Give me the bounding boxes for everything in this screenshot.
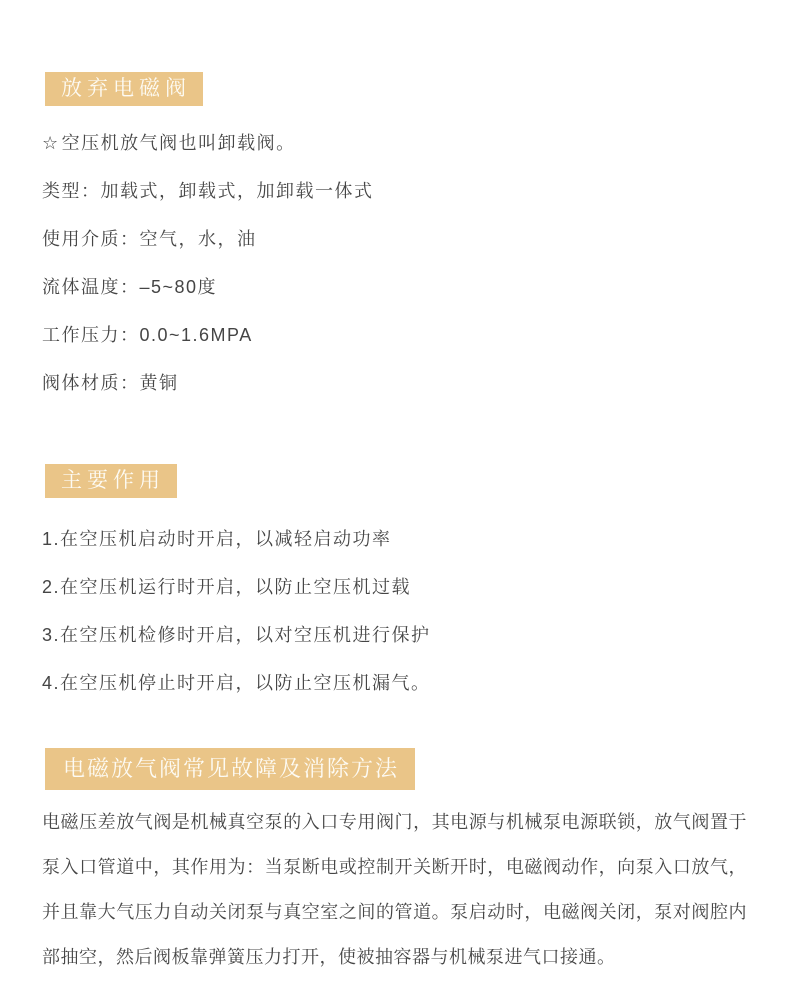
spec-line-working-pressure: 工作压力：0.0~1.6MPA xyxy=(42,325,747,346)
intro-text: 空压机放气阀也叫卸载阀。 xyxy=(62,133,296,153)
spec-line-medium: 使用介质：空气，水，油 xyxy=(42,229,747,250)
section-title-badge-common-faults: 电磁放气阀常见故障及消除方法 xyxy=(45,748,415,790)
spec-line-valve-body-material: 阀体材质：黄铜 xyxy=(42,373,747,394)
article-page: 放弃电磁阀 ☆空压机放气阀也叫卸载阀。 类型：加载式，卸载式，加卸载一体式 使用… xyxy=(0,0,790,1000)
section-common-faults: 电磁放气阀常见故障及消除方法 电磁压差放气阀是机械真空泵的入口专用阀门，其电源与… xyxy=(0,694,790,980)
function-item-2: 2.在空压机运行时开启，以防止空压机过载 xyxy=(42,577,747,598)
section-solenoid-valve-specs: 放弃电磁阀 ☆空压机放气阀也叫卸载阀。 类型：加载式，卸载式，加卸载一体式 使用… xyxy=(0,0,790,394)
spec-line-fluid-temperature: 流体温度：–5~80度 xyxy=(42,277,747,298)
section-badge-row: 主要作用 xyxy=(0,394,790,498)
spec-line-type: 类型：加载式，卸载式，加卸载一体式 xyxy=(42,181,747,202)
function-item-1: 1.在空压机启动时开启，以减轻启动功率 xyxy=(42,529,747,550)
section-badge-row: 电磁放气阀常见故障及消除方法 xyxy=(0,694,790,790)
faults-description-paragraph: 电磁压差放气阀是机械真空泵的入口专用阀门，其电源与机械泵电源联锁，放气阀置于泵入… xyxy=(42,800,747,980)
section-main-functions: 主要作用 1.在空压机启动时开启，以减轻启动功率 2.在空压机运行时开启，以防止… xyxy=(0,394,790,694)
function-item-4: 4.在空压机停止时开启，以防止空压机漏气。 xyxy=(42,673,747,694)
section-title-badge-main-functions: 主要作用 xyxy=(45,464,177,498)
function-item-3: 3.在空压机检修时开启，以对空压机进行保护 xyxy=(42,625,747,646)
section-title-badge-specs: 放弃电磁阀 xyxy=(45,72,203,106)
intro-line: ☆空压机放气阀也叫卸载阀。 xyxy=(42,133,747,154)
star-icon: ☆ xyxy=(42,133,60,153)
section-badge-row: 放弃电磁阀 xyxy=(0,0,790,106)
